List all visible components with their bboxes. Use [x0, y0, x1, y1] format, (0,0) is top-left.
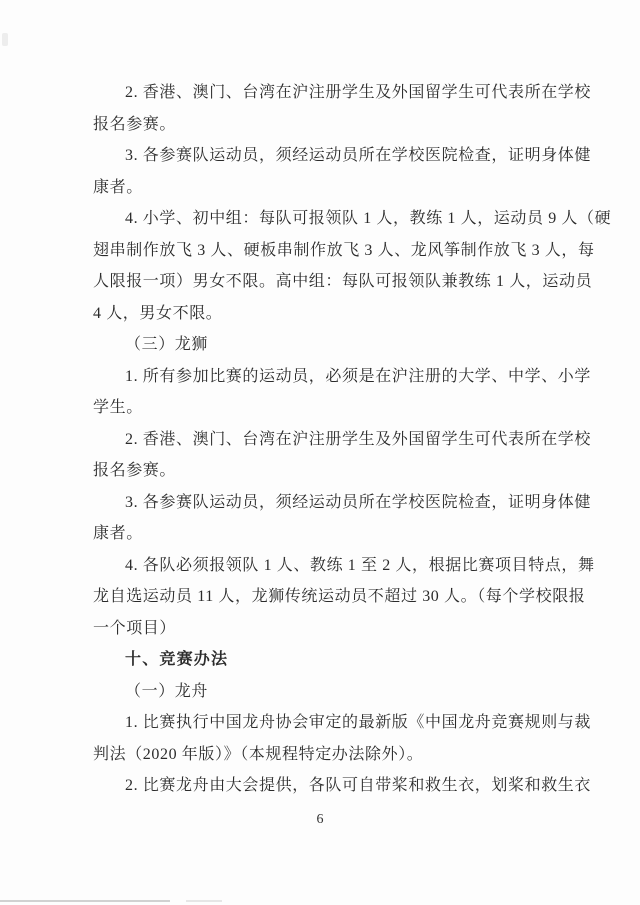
- text-line: 判法（2020 年版）》（本规程特定办法除外）。: [93, 739, 563, 771]
- scan-artifact-bottom-line: [0, 900, 170, 902]
- text-line: 2. 比赛龙舟由大会提供，各队可自带桨和救生衣，划桨和救生衣: [93, 770, 563, 802]
- text-line: 3. 各参赛队运动员，须经运动员所在学校医院检查，证明身体健: [93, 487, 563, 519]
- text-line: 龙自选运动员 11 人，龙狮传统运动员不超过 30 人。（每个学校限报: [93, 581, 563, 613]
- page-number: 6: [0, 812, 640, 828]
- text-line: （一）龙舟: [93, 676, 563, 708]
- text-line: 4. 各队必须报领队 1 人、教练 1 至 2 人，根据比赛项目特点，舞: [93, 550, 563, 582]
- text-line: 1. 比赛执行中国龙舟协会审定的最新版《中国龙舟竞赛规则与裁: [93, 707, 563, 739]
- scan-artifact-smudge: [2, 33, 8, 46]
- text-line: 1. 所有参加比赛的运动员，必须是在沪注册的大学、中学、小学: [93, 361, 563, 393]
- text-line: 人限报一项）男女不限。高中组：每队可报领队兼教练 1 人，运动员: [93, 266, 563, 298]
- text-line: 报名参赛。: [93, 109, 563, 141]
- text-line: 4 人，男女不限。: [93, 298, 563, 330]
- document-body: 2. 香港、澳门、台湾在沪注册学生及外国留学生可代表所在学校报名参赛。3. 各参…: [93, 77, 563, 802]
- scan-artifact-bottom-line-2: [186, 900, 222, 902]
- text-line: 4. 小学、初中组：每队可报领队 1 人，教练 1 人，运动员 9 人（硬: [93, 203, 563, 235]
- text-line: 学生。: [93, 392, 563, 424]
- text-line: 康者。: [93, 518, 563, 550]
- text-line: 一个项目）: [93, 613, 563, 645]
- text-line: 报名参赛。: [93, 455, 563, 487]
- text-line: 2. 香港、澳门、台湾在沪注册学生及外国留学生可代表所在学校: [93, 424, 563, 456]
- text-line: 十、竞赛办法: [93, 644, 563, 676]
- text-line: （三）龙狮: [93, 329, 563, 361]
- text-line: 2. 香港、澳门、台湾在沪注册学生及外国留学生可代表所在学校: [93, 77, 563, 109]
- text-line: 康者。: [93, 172, 563, 204]
- document-page: 2. 香港、澳门、台湾在沪注册学生及外国留学生可代表所在学校报名参赛。3. 各参…: [0, 0, 640, 905]
- text-line: 3. 各参赛队运动员，须经运动员所在学校医院检查，证明身体健: [93, 140, 563, 172]
- text-line: 翅串制作放飞 3 人、硬板串制作放飞 3 人、龙风筝制作放飞 3 人，每: [93, 235, 563, 267]
